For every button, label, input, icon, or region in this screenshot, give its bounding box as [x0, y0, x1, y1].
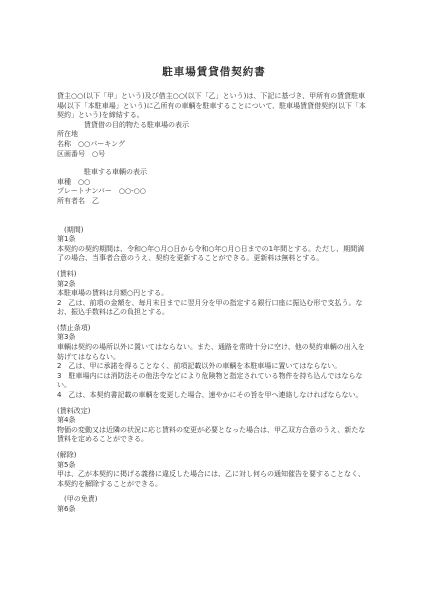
article-3-paragraph: 車輌は契約の場所以外に置いてはならない。また、通路を常時十分に空け、他の契約車輌… [57, 343, 371, 362]
article-2-paragraph: 本駐車場の賃料は月額○円とする。 [57, 289, 371, 299]
article-3-label: (禁止条項) [57, 324, 371, 334]
document-title: 駐車場賃貸借契約書 [57, 64, 371, 79]
preamble-paragraph: 貸主○○(以下「甲」という)及び借主○○(以下「乙」という)は、下記に基づき、甲… [57, 92, 371, 121]
article-4: (賃料改定) 第4条 物価の変動又は近隣の状況に応じ賃料の変更が必要となった場合… [57, 407, 371, 445]
article-5: (解除) 第5条 甲は、乙が本契約に掲げる義務に違反した場合には、乙に対し何らの… [57, 451, 371, 489]
article-1-number: 第1条 [57, 235, 371, 245]
article-2-number: 第2条 [57, 280, 371, 290]
article-4-paragraph: 物価の変動又は近隣の状況に応じ賃料の変更が必要となった場合は、甲乙双方合意のうえ… [57, 426, 371, 445]
parking-display-heading: 賃貸借の目的物たる駐車場の表示 [57, 121, 371, 131]
article-1-paragraph: 本契約の契約期間は、令和○年○月○日から令和○年○月○日までの1年間とする。ただ… [57, 245, 371, 264]
parking-display-section: 賃貸借の目的物たる駐車場の表示 所在地 名称 ○○パーキング 区画番号 ○号 [57, 121, 371, 159]
article-6-number: 第6条 [57, 505, 371, 515]
article-6-label: (甲の免責) [57, 495, 371, 505]
article-4-label: (賃料改定) [57, 407, 371, 417]
article-3-paragraph: 3 駐車場内には消防法その他法令などにより危険物と指定されている物件を持ち込んで… [57, 372, 371, 391]
vehicle-display-section: 駐車する車輌の表示 車種 ○○ プレートナンバー ○○-○○ 所有者名 乙 [57, 168, 371, 206]
article-3-number: 第3条 [57, 333, 371, 343]
article-2-paragraph: 2 乙は、前項の金額を、毎月末日までに翌月分を甲の指定する銀行口座に振込む形で支… [57, 299, 371, 318]
vehicle-display-heading: 駐車する車輌の表示 [57, 168, 371, 178]
article-3-paragraph: 4 乙は、本契約書記載の車輌を変更した場合、速やかにその旨を甲へ連絡しなければな… [57, 391, 371, 401]
article-1-label: (期間) [57, 226, 371, 236]
article-3: (禁止条項) 第3条 車輌は契約の場所以外に置いてはならない。また、通路を常時十… [57, 324, 371, 401]
article-6: (甲の免責) 第6条 [57, 495, 371, 514]
parking-address-line: 所在地 [57, 130, 371, 140]
article-5-label: (解除) [57, 451, 371, 461]
document-body: 貸主○○(以下「甲」という)及び借主○○(以下「乙」という)は、下記に基づき、甲… [57, 92, 371, 515]
parking-lot-number-line: 区画番号 ○号 [57, 150, 371, 160]
vehicle-plate-line: プレートナンバー ○○-○○ [57, 187, 371, 197]
article-2: (賃料) 第2条 本駐車場の賃料は月額○円とする。 2 乙は、前項の金額を、毎月… [57, 270, 371, 318]
contract-document-page: 駐車場賃貸借契約書 貸主○○(以下「甲」という)及び借主○○(以下「乙」という)… [0, 0, 425, 600]
article-2-label: (賃料) [57, 270, 371, 280]
parking-name-line: 名称 ○○パーキング [57, 140, 371, 150]
article-1: (期間) 第1条 本契約の契約期間は、令和○年○月○日から令和○年○月○日までの… [57, 226, 371, 264]
article-3-paragraph: 2 乙は、甲に承諾を得ることなく、前項記載以外の車輌を本駐車場に置いてはならない… [57, 362, 371, 372]
article-5-paragraph: 甲は、乙が本契約に掲げる義務に違反した場合には、乙に対し何らの通知催告を要するこ… [57, 470, 371, 489]
article-4-number: 第4条 [57, 416, 371, 426]
vehicle-owner-line: 所有者名 乙 [57, 197, 371, 207]
vehicle-type-line: 車種 ○○ [57, 178, 371, 188]
article-5-number: 第5条 [57, 461, 371, 471]
